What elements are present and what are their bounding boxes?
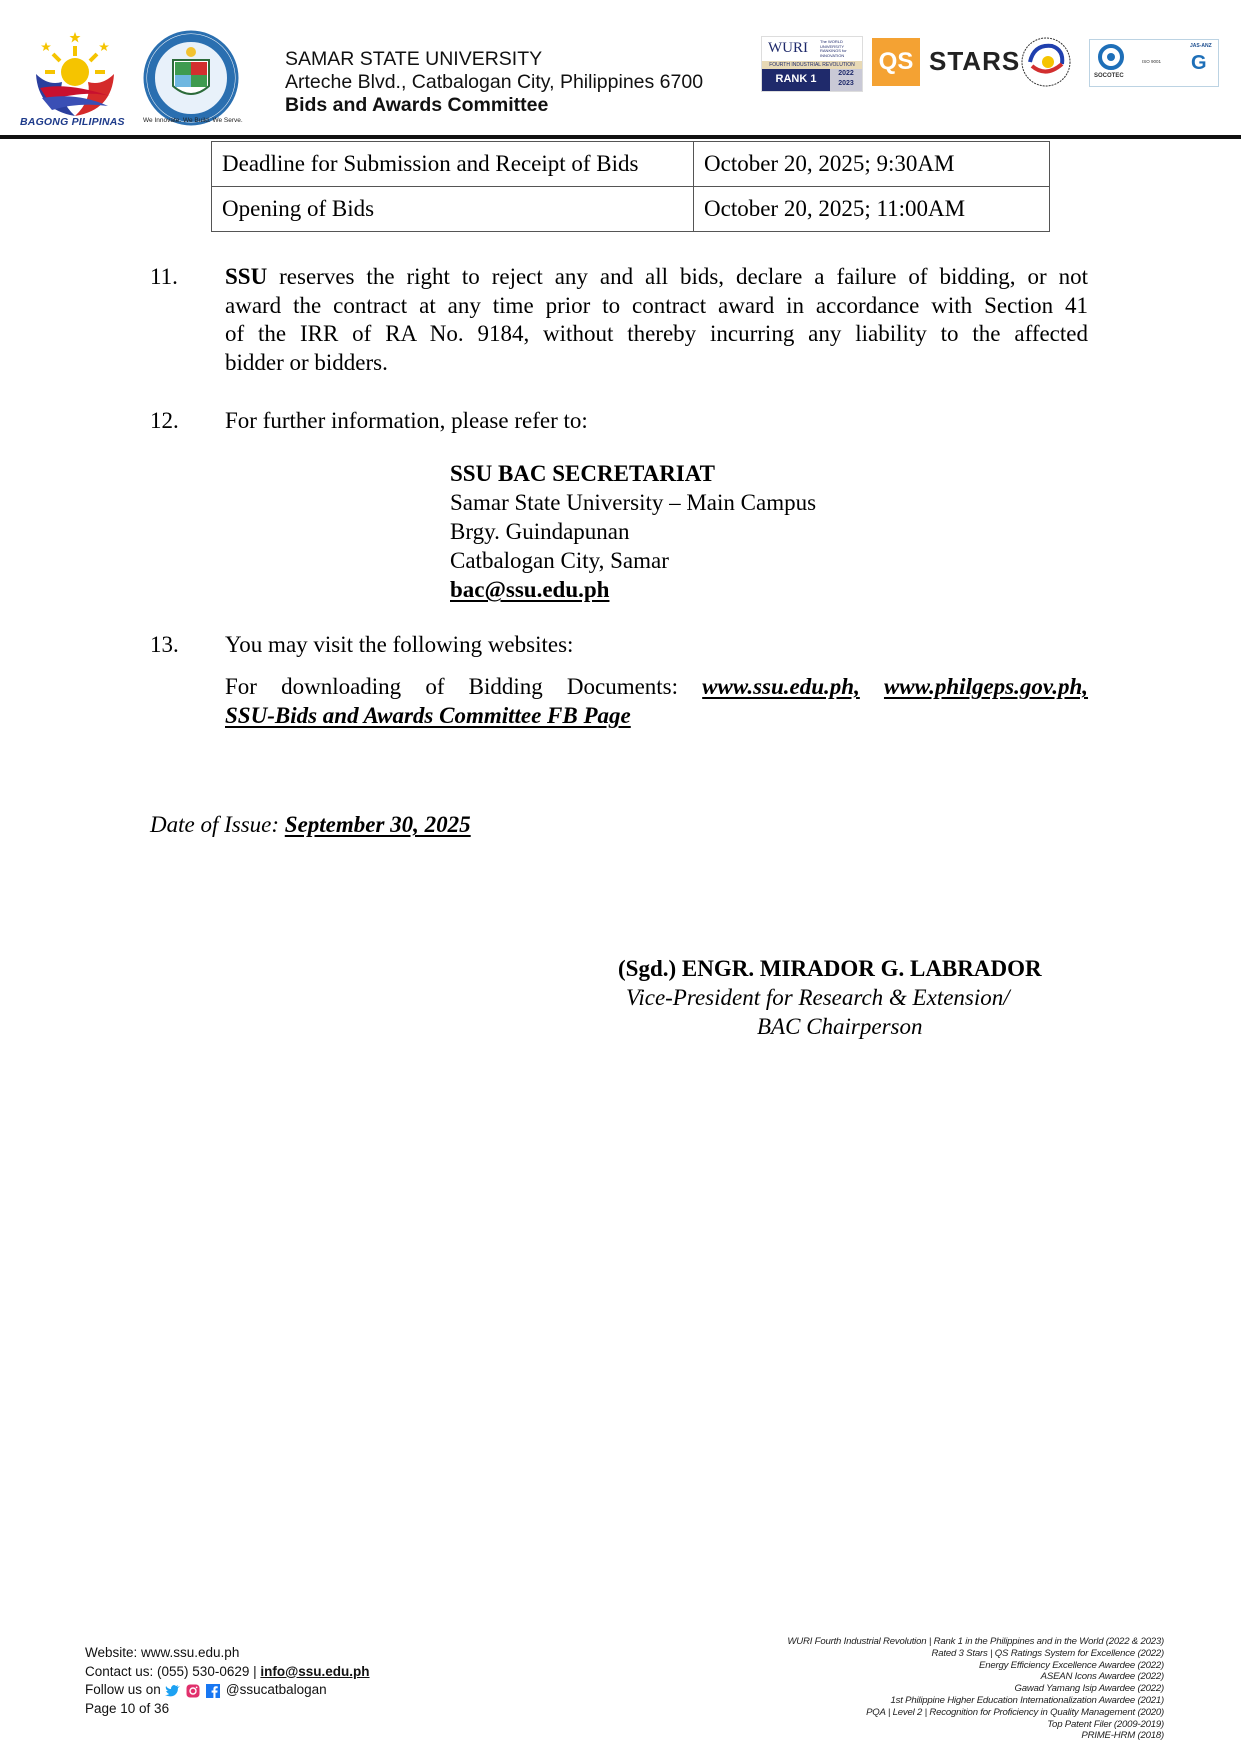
secretariat-campus: Samar State University – Main Campus bbox=[450, 488, 816, 517]
bac-fb-page-link[interactable]: SSU-Bids and Awards Committee FB Page bbox=[225, 703, 631, 728]
download-links-line-2: SSU-Bids and Awards Committee FB Page bbox=[225, 701, 631, 730]
item-number-13: 13. bbox=[150, 631, 179, 660]
instagram-icon[interactable] bbox=[186, 1684, 200, 1698]
jas-anz-label: JAS-ANZ bbox=[1190, 43, 1212, 49]
institution-address: Arteche Blvd., Catbalogan City, Philippi… bbox=[285, 71, 703, 94]
office-name: Bids and Awards Committee bbox=[285, 94, 548, 117]
wuri-badge: WURI The WORLD UNIVERSITY RANKINGS for I… bbox=[761, 36, 863, 92]
wuri-label: WURI bbox=[768, 40, 808, 57]
award-item: Rated 3 Stars | QS Ratings System for Ex… bbox=[787, 1648, 1164, 1660]
award-item: Energy Efficiency Excellence Awardee (20… bbox=[787, 1660, 1164, 1672]
award-item: 1st Philippine Higher Education Internat… bbox=[787, 1695, 1164, 1707]
ssu-website-link[interactable]: www.ssu.edu.ph, bbox=[702, 674, 860, 699]
socotec-icon bbox=[1096, 44, 1126, 70]
signatory-name: (Sgd.) ENGR. MIRADOR G. LABRADOR bbox=[618, 954, 1042, 983]
award-item: PQA | Level 2 | Recognition for Proficie… bbox=[787, 1707, 1164, 1719]
secretariat-city: Catbalogan City, Samar bbox=[450, 546, 816, 575]
bagong-pilipinas-emblem-icon bbox=[18, 30, 133, 130]
bac-secretariat-contact: SSU BAC SECRETARIAT Samar State Universi… bbox=[450, 459, 816, 604]
bid-schedule-table: Deadline for Submission and Receipt of B… bbox=[211, 141, 1050, 232]
header-divider bbox=[0, 135, 1241, 139]
item-11-line: award the contract at any time prior to … bbox=[225, 292, 1088, 321]
item-number-12: 12. bbox=[150, 407, 179, 436]
item-11-line: bidder or bidders. bbox=[225, 349, 1088, 378]
date-of-issue: Date of Issue: September 30, 2025 bbox=[150, 812, 471, 838]
table-cell-date: October 20, 2025; 11:00AM bbox=[694, 187, 1050, 232]
table-row: Opening of Bids October 20, 2025; 11:00A… bbox=[212, 187, 1050, 232]
wuri-subtitle: The WORLD UNIVERSITY RANKINGS for INNOVA… bbox=[820, 40, 860, 58]
date-of-issue-value: September 30, 2025 bbox=[285, 812, 471, 837]
pqa-seal-icon bbox=[1020, 34, 1072, 90]
item-number-11: 11. bbox=[150, 263, 178, 292]
award-item: ASEAN Icons Awardee (2022) bbox=[787, 1671, 1164, 1683]
award-item: Gawad Yamang Isip Awardee (2022) bbox=[787, 1683, 1164, 1695]
ssu-bold-lead: SSU bbox=[225, 264, 267, 289]
item-13-text: You may visit the following websites: bbox=[225, 631, 573, 660]
institution-name: SAMAR STATE UNIVERSITY bbox=[285, 48, 542, 71]
date-of-issue-label: Date of Issue: bbox=[150, 812, 279, 837]
table-cell-date: October 20, 2025; 9:30AM bbox=[694, 142, 1050, 187]
item-11-line: SSU reserves the right to reject any and… bbox=[225, 263, 1088, 292]
social-handle: @ssucatbalogan bbox=[226, 1682, 327, 1697]
jas-anz-icon: G bbox=[1191, 52, 1207, 75]
pqa-seal-logo bbox=[1020, 34, 1072, 90]
table-cell-activity: Opening of Bids bbox=[212, 187, 694, 232]
ssu-seal-logo bbox=[143, 30, 239, 126]
page-number: Page 10 of 36 bbox=[85, 1700, 370, 1719]
award-item: Top Patent Filer (2009-2019) bbox=[787, 1719, 1164, 1731]
qs-stars-label: STARS bbox=[929, 46, 1020, 77]
downloads-prefix: For downloading of Bidding Documents: bbox=[225, 674, 678, 699]
wuri-band: FOURTH INDUSTRIAL REVOLUTION bbox=[762, 61, 862, 69]
socotec-iso-badge: SOCOTEC ISO 9001 JAS-ANZ G bbox=[1089, 39, 1219, 87]
signatory-title-1: Vice-President for Research & Extension/ bbox=[626, 983, 1010, 1012]
qs-logo: QS bbox=[872, 38, 920, 86]
ssu-seal-icon bbox=[143, 30, 239, 126]
signatory-title-2: BAC Chairperson bbox=[757, 1012, 922, 1041]
item-12-text: For further information, please refer to… bbox=[225, 407, 588, 436]
footer-contact: Website: www.ssu.edu.ph Contact us: (055… bbox=[85, 1644, 370, 1718]
twitter-icon[interactable] bbox=[165, 1684, 181, 1698]
table-row: Deadline for Submission and Receipt of B… bbox=[212, 142, 1050, 187]
footer-social-line: Follow us on @ssucatbalogan bbox=[85, 1681, 370, 1700]
secretariat-title: SSU BAC SECRETARIAT bbox=[450, 459, 816, 488]
facebook-icon[interactable] bbox=[206, 1684, 220, 1698]
download-links-line: For downloading of Bidding Documents: ww… bbox=[225, 672, 1088, 701]
bagong-pilipinas-label: BAGONG PILIPINAS bbox=[20, 116, 125, 128]
footer-contact-line: Contact us: (055) 530-0629 | info@ssu.ed… bbox=[85, 1663, 370, 1682]
secretariat-barangay: Brgy. Guindapunan bbox=[450, 517, 816, 546]
table-cell-activity: Deadline for Submission and Receipt of B… bbox=[212, 142, 694, 187]
socotec-label: SOCOTEC bbox=[1094, 73, 1124, 79]
item-11-line: of the IRR of RA No. 9184, without there… bbox=[225, 320, 1088, 349]
wuri-rank: RANK 1 bbox=[762, 69, 830, 91]
item-11-text: SSU reserves the right to reject any and… bbox=[225, 263, 1088, 377]
footer-awards: WURI Fourth Industrial Revolution | Rank… bbox=[787, 1636, 1164, 1742]
footer-website: Website: www.ssu.edu.ph bbox=[85, 1644, 370, 1663]
wuri-years: 2022 2023 bbox=[830, 69, 862, 91]
follow-label: Follow us on bbox=[85, 1682, 161, 1697]
secretariat-email-link[interactable]: bac@ssu.edu.ph bbox=[450, 577, 609, 602]
iso-label: ISO 9001 bbox=[1142, 59, 1161, 64]
ssu-tagline: We Innovate. We Build. We Serve. bbox=[143, 117, 243, 124]
footer-email-link[interactable]: info@ssu.edu.ph bbox=[260, 1664, 369, 1679]
philgeps-link[interactable]: www.philgeps.gov.ph, bbox=[884, 674, 1088, 699]
bagong-pilipinas-logo: BAGONG PILIPINAS bbox=[18, 30, 133, 130]
award-item: PRIME-HRM (2018) bbox=[787, 1730, 1164, 1742]
award-item: WURI Fourth Industrial Revolution | Rank… bbox=[787, 1636, 1164, 1648]
